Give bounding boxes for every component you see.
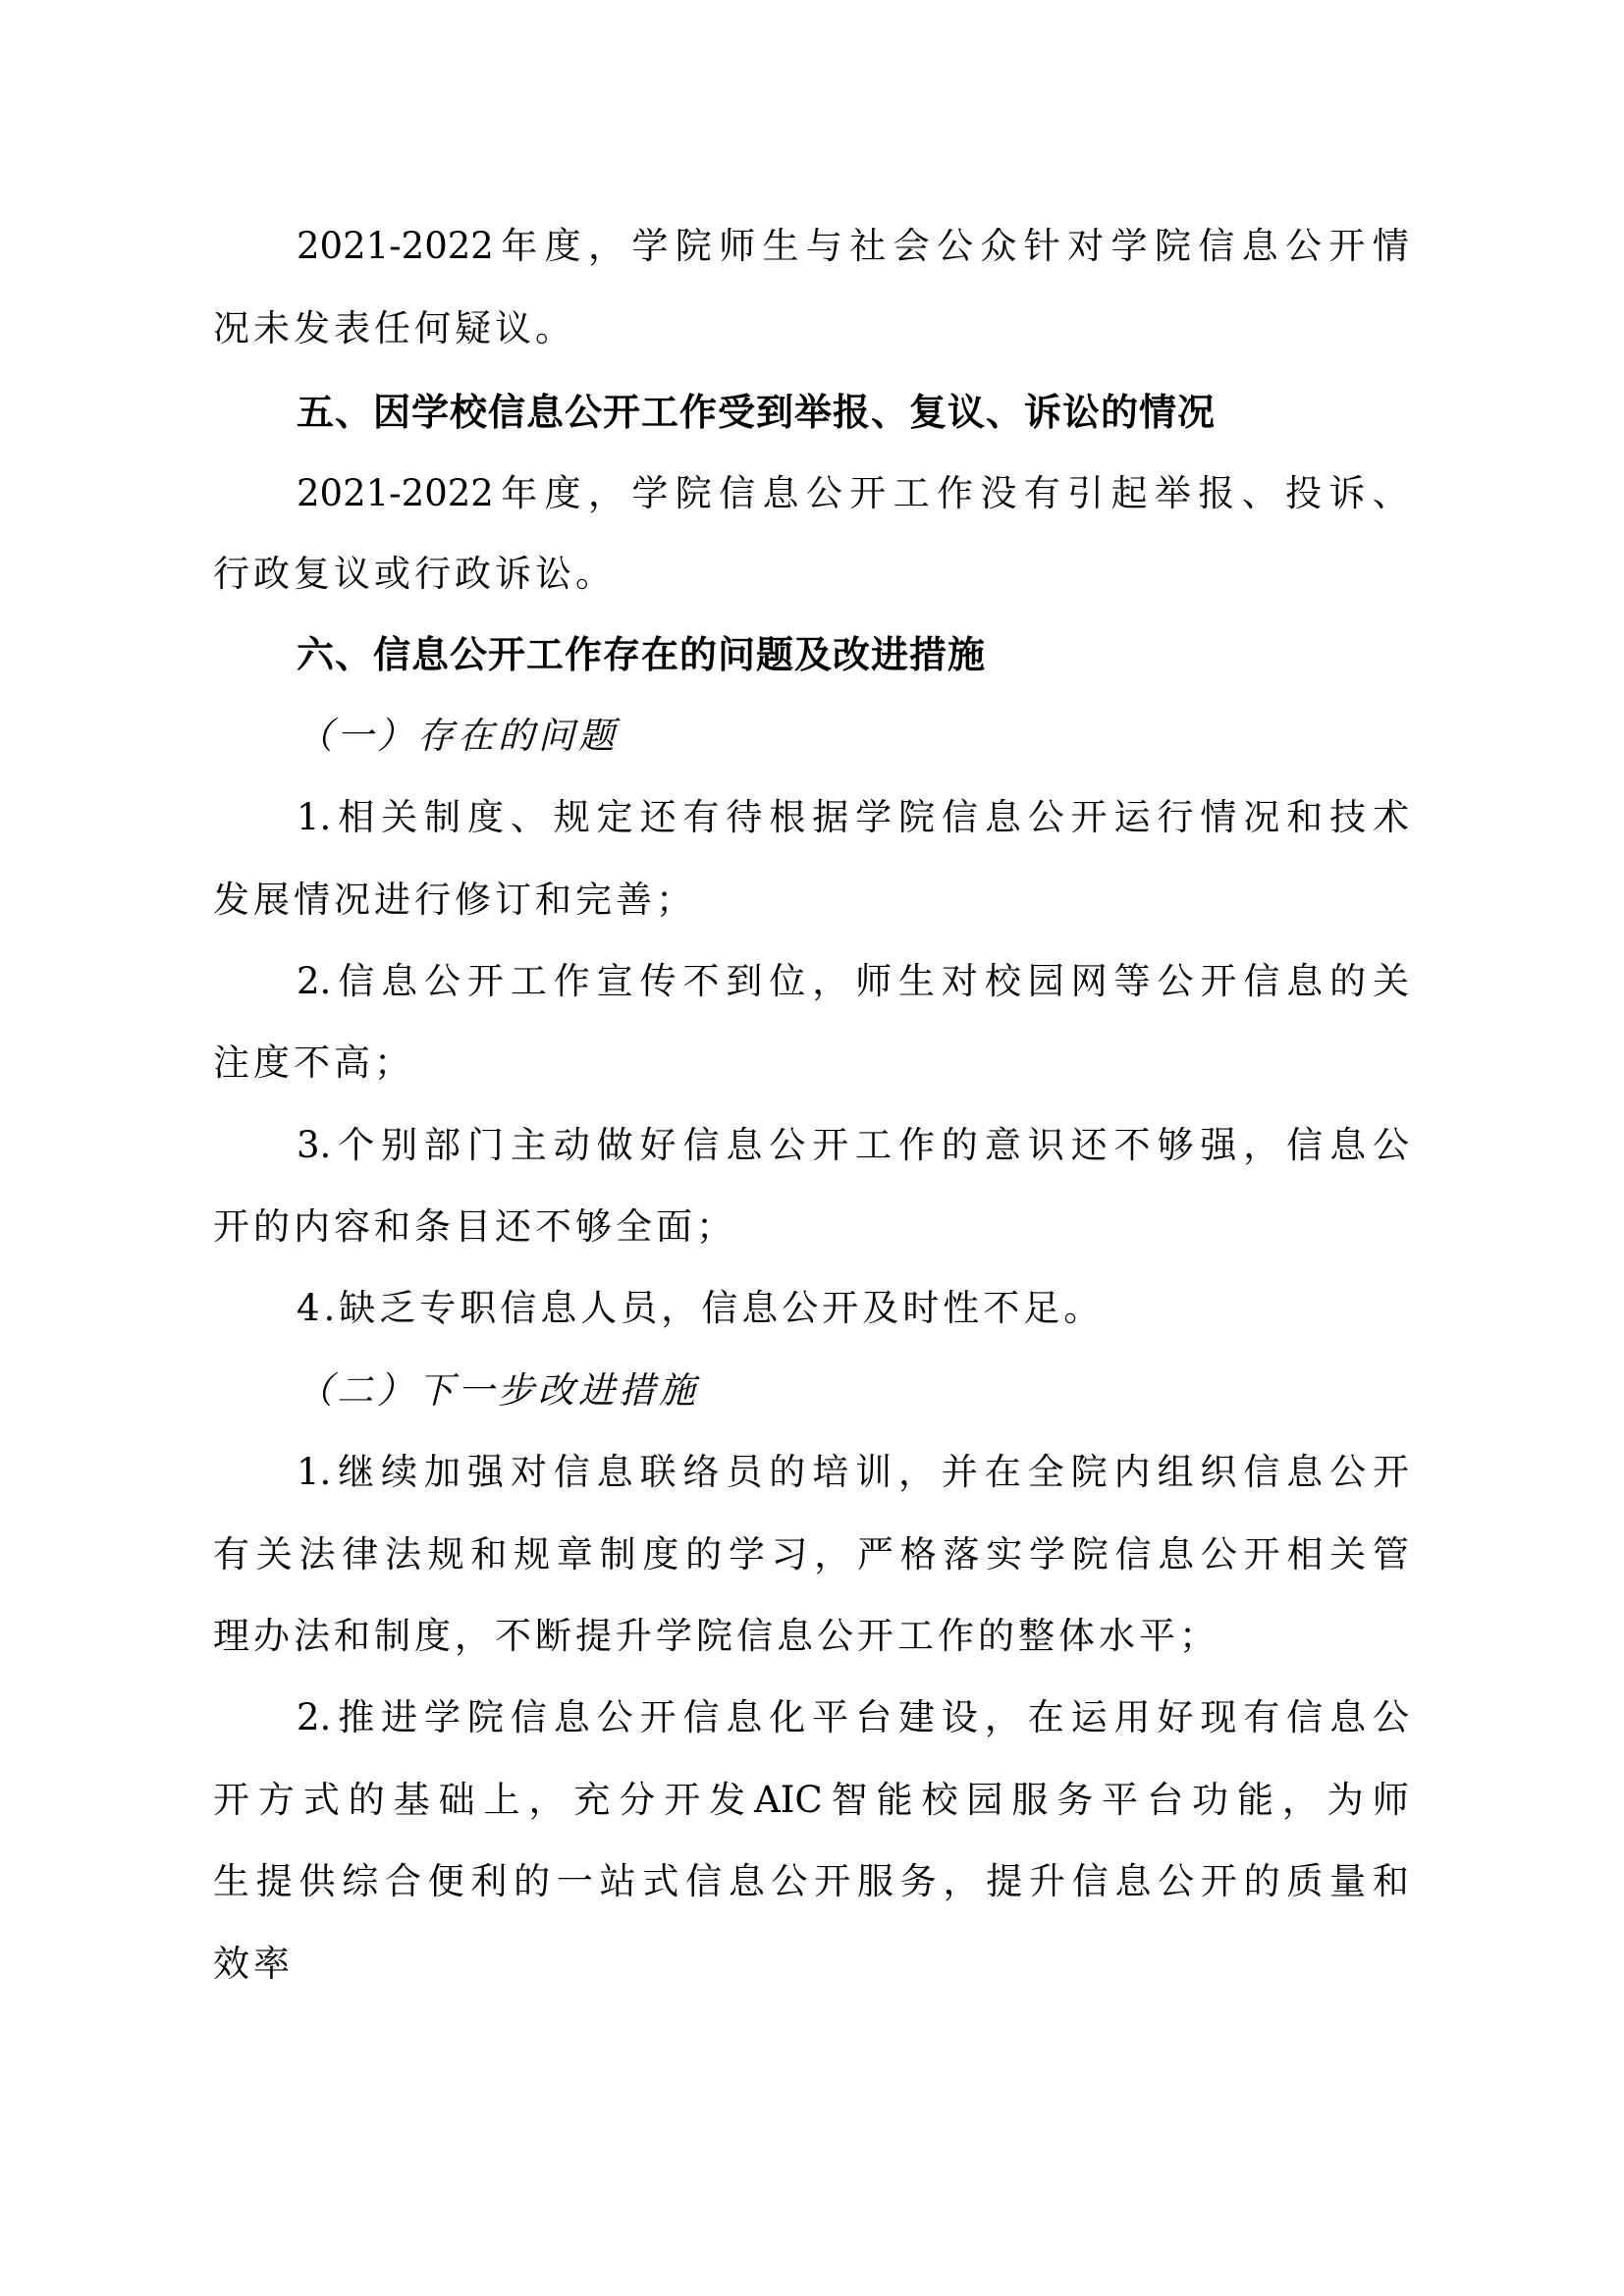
list-item-line: 4.缺乏专职信息人员，信息公开及时性不足。 <box>297 1284 1409 1333</box>
list-item-line: 2.推进学院信息公开信息化平台建设，在运用好现有信息公 <box>297 1693 1409 1742</box>
list-item-line: 效率 <box>213 1940 1409 1989</box>
paragraph-line: 况未发表任何疑议。 <box>213 304 1409 353</box>
list-item-line: 开方式的基础上，充分开发AIC智能校园服务平台功能，为师 <box>213 1776 1409 1825</box>
list-item-line: 理办法和制度，不断提升学院信息公开工作的整体水平； <box>213 1612 1409 1661</box>
list-item-line: 1.继续加强对信息联络员的培训，并在全院内组织信息公开 <box>297 1448 1409 1497</box>
list-item-line: 发展情况进行修订和完善； <box>213 876 1409 925</box>
list-item-line: 2.信息公开工作宣传不到位，师生对校园网等公开信息的关 <box>297 957 1409 1006</box>
list-item-line: 注度不高； <box>213 1039 1409 1088</box>
section-heading-6: 六、信息公开工作存在的问题及改进措施 <box>297 630 1409 679</box>
section-heading-5: 五、因学校信息公开工作受到举报、复议、诉讼的情况 <box>297 388 1409 437</box>
document-page: 2021-2022年度，学院师生与社会公众针对学院信息公开情 况未发表任何疑议。… <box>0 0 1624 2296</box>
list-item-line: 3.个别部门主动做好信息公开工作的意识还不够强，信息公 <box>297 1121 1409 1170</box>
list-item-line: 1.相关制度、规定还有待根据学院信息公开运行情况和技术 <box>297 793 1409 842</box>
paragraph-line: 2021-2022年度，学院师生与社会公众针对学院信息公开情 <box>297 222 1409 271</box>
list-item-line: 有关法律法规和规章制度的学习，严格落实学院信息公开相关管 <box>213 1530 1409 1579</box>
list-item-line: 生提供综合便利的一站式信息公开服务，提升信息公开的质量和 <box>213 1857 1409 1906</box>
paragraph-line: 2021-2022年度，学院信息公开工作没有引起举报、投诉、 <box>297 469 1409 518</box>
list-item-line: 开的内容和条目还不够全面； <box>213 1202 1409 1252</box>
subheading-improvements: （二）下一步改进措施 <box>297 1366 1409 1415</box>
subheading-problems: （一）存在的问题 <box>297 712 1409 761</box>
paragraph-line: 行政复议或行政诉讼。 <box>213 550 1409 599</box>
